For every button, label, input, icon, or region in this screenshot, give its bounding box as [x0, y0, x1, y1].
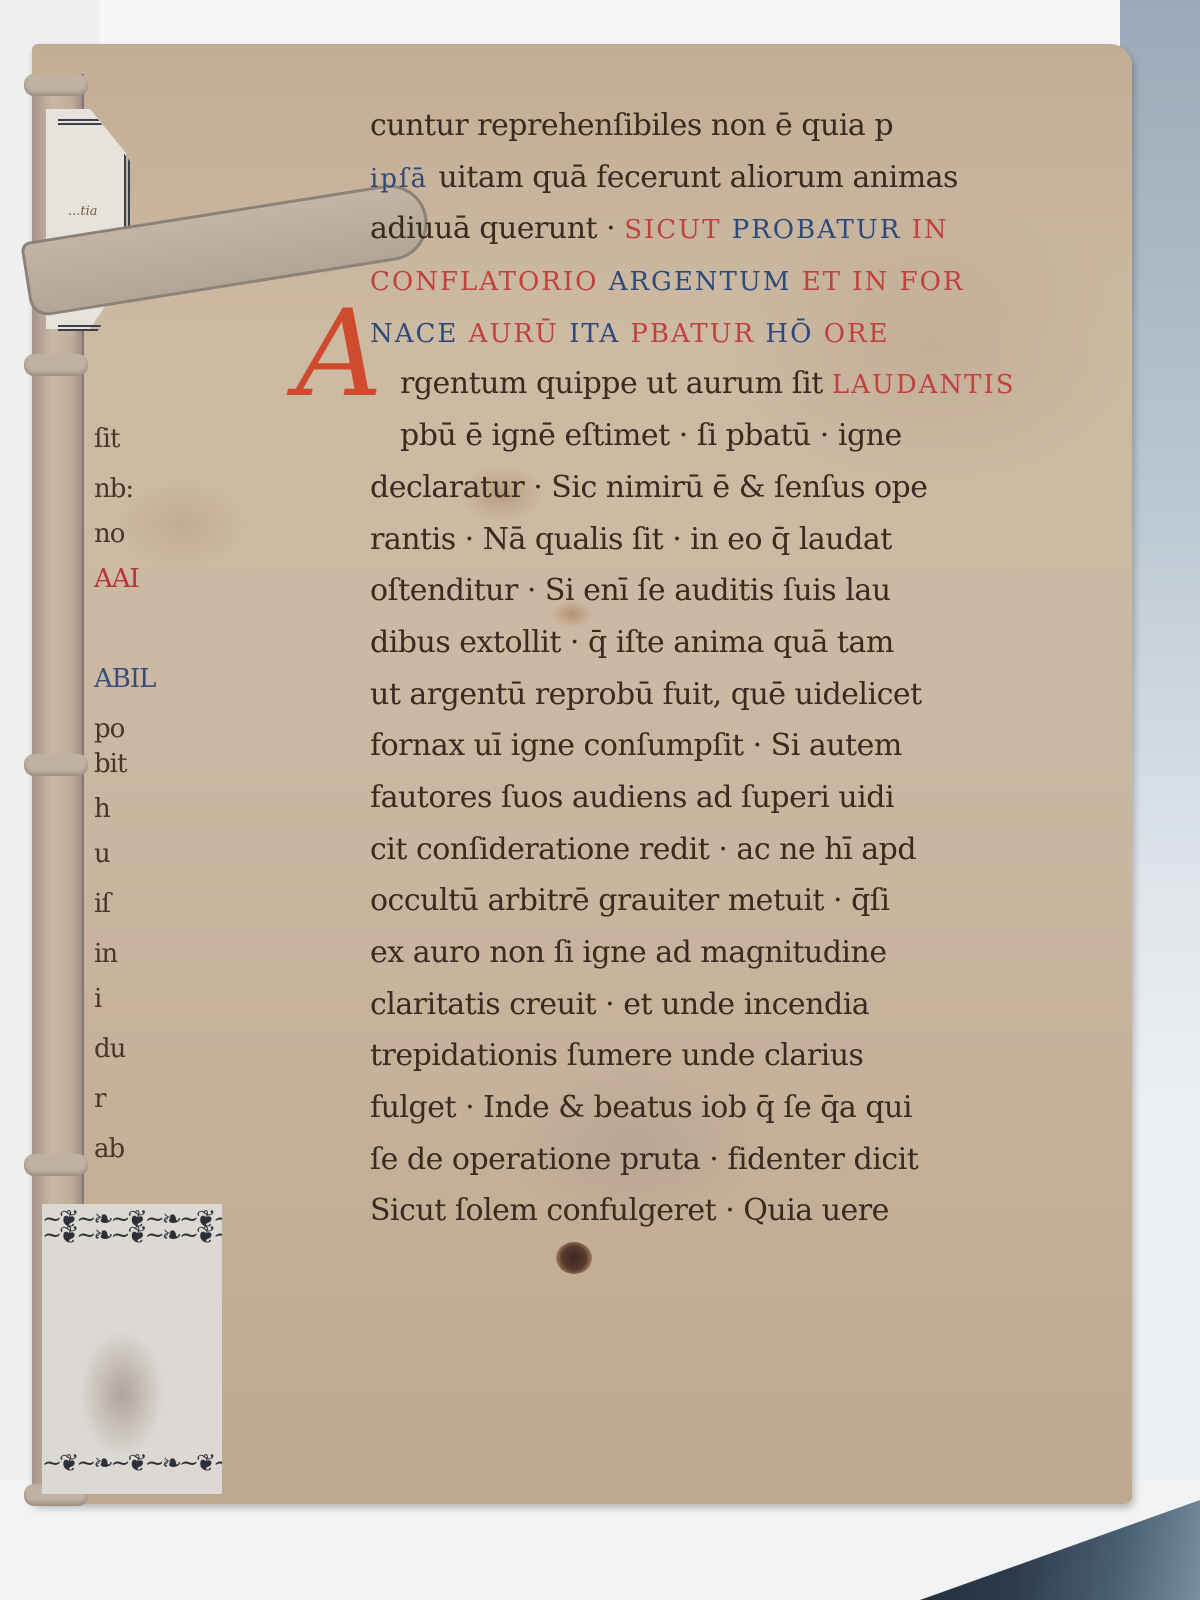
ornament-border-top: ~❦~❧~❦~❧~❦~❧~❦~ [42, 1226, 222, 1266]
manuscript-line: oſtenditur · Si enī ſe auditis ſuis lau [370, 565, 1000, 617]
spine-text-fragment: AAI [94, 564, 139, 594]
text-run: fautores ſuos audiens ad ſuperi uidi [370, 780, 894, 815]
manuscript-line: ut argentū reprobū fuit, quē uidelicet [370, 669, 1000, 721]
rubric-run: ET IN FOR [802, 267, 965, 297]
rubric-run: CONFLATORIO [370, 267, 609, 297]
spine-text-fragment: du [94, 1034, 125, 1064]
text-run: adiuuā querunt · [370, 211, 624, 246]
text-run: claritatis creuit · et unde incendia [370, 987, 869, 1022]
manuscript-line: fautores ſuos audiens ad ſuperi uidi [370, 772, 1000, 824]
spine-label-text: ...tia [68, 204, 98, 219]
spine-text-fragment: ABIL [94, 664, 155, 694]
text-run: dibus extollit · q̄ iſte anima quā tam [370, 625, 894, 660]
rubric-run: PROBATUR [732, 215, 912, 245]
spine-text-fragment: i [94, 984, 101, 1014]
spine-band [24, 754, 88, 776]
manuscript-line: Sicut ſolem confulgeret · Quia uere [370, 1185, 1000, 1237]
text-run: trepidationis ſumere unde clarius [370, 1038, 863, 1073]
spine-band [24, 1154, 88, 1176]
manuscript-line: cuntur reprehenſibiles non ē quia p [370, 100, 1000, 152]
text-run: oſtenditur · Si enī ſe auditis ſuis lau [370, 573, 891, 608]
rubric-run: IN [912, 215, 949, 245]
rubric-run: ORE [824, 319, 890, 349]
manuscript-line: adiuuā querunt · SICUT PROBATUR IN [370, 203, 1000, 255]
manuscript-line: pbū ē ignē eſtimet · ſi pbatū · igne [370, 410, 1000, 462]
manuscript-line: CONFLATORIO ARGENTUM ET IN FOR [370, 255, 1000, 307]
manuscript-line: fulget · Inde & beatus iob q̄ ſe q̄a qui [370, 1082, 1000, 1134]
text-run: uitam quā fecerunt aliorum animas [438, 160, 958, 195]
manuscript-line: ex auro non ſi igne ad magnitudine [370, 927, 1000, 979]
spine-text-fragment: iſ [94, 889, 110, 919]
spine-text-fragment: nb: [94, 474, 133, 504]
text-run: rantis · Nā qualis ſit · in eo q̄ laudat [370, 522, 892, 557]
manuscript-line: rantis · Nā qualis ſit · in eo q̄ laudat [370, 514, 1000, 566]
manuscript-line: NACE AURŪ ITA PBATUR HŌ ORE [370, 307, 1000, 359]
manuscript-line: fornax uī igne conſumpſit · Si autem [370, 720, 1000, 772]
rubric-run: NACE [370, 319, 469, 349]
rubric-run: SICUT [624, 215, 732, 245]
text-run: occultū arbitrē grauiter metuit · q̄ſi [370, 883, 889, 918]
rubric-run: ARGENTUM [609, 267, 802, 297]
text-run: fulget · Inde & beatus iob q̄ ſe q̄a qui [370, 1090, 912, 1125]
manuscript-text-block: cuntur reprehenſibiles non ē quia pipſā … [370, 100, 1000, 1237]
manuscript-line: ipſā uitam quā fecerunt aliorum animas [370, 152, 1000, 204]
text-run: cit conſideratione redit · ac ne hī apd [370, 832, 916, 867]
spine-text-fragment: u [94, 839, 110, 869]
spine-band-top [24, 74, 88, 96]
text-run: ex auro non ſi igne ad magnitudine [370, 935, 887, 970]
manuscript-line: claritatis creuit · et unde incendia [370, 979, 1000, 1031]
manuscript-line: cit conſideratione redit · ac ne hī apd [370, 824, 1000, 876]
manuscript-line: dibus extollit · q̄ iſte anima quā tam [370, 617, 1000, 669]
manuscript-line: occultū arbitrē grauiter metuit · q̄ſi [370, 875, 1000, 927]
manuscript-line: rgentum quippe ut aurum ſit LAUDANTIS [370, 358, 1000, 410]
ornament-border-bottom: ~❦~❧~❦~❧~❦~❧~❦~ [42, 1454, 222, 1494]
spine-text-fragment: bit [94, 749, 126, 779]
text-run: ſe de operatione pruta · fidenter dicit [370, 1142, 918, 1177]
rubric-run: ITA [569, 319, 630, 349]
manuscript-line: ſe de operatione pruta · fidenter dicit [370, 1134, 1000, 1186]
spine-text-fragment: po [94, 714, 124, 744]
spine-band [24, 354, 88, 376]
rubric-run: AURŪ [469, 319, 569, 349]
spine-text-fragment: ab [94, 1134, 124, 1164]
manuscript-line: declaratur · Sic nimirū ē & ſenſus ope [370, 462, 1000, 514]
spine-text-fragment: r [94, 1084, 105, 1114]
text-run: cuntur reprehenſibiles non ē quia p [370, 108, 893, 143]
spine-text-fragment: ſit [94, 424, 119, 454]
rubric-run: PBATUR [630, 319, 765, 349]
dark-stain [556, 1242, 592, 1274]
rubric-run: LAUDANTIS [832, 370, 1016, 400]
text-run: rgentum quippe ut aurum ſit [400, 366, 832, 401]
spine-text-fragment: h [94, 794, 110, 824]
decorated-paper-label: ~❦~❧~❦~❧~❦~❧~❦~ ~❦~❧~❦~❧~❦~❧~❦~ ~❦~❧~❦~❧… [42, 1204, 222, 1494]
manuscript-line: trepidationis ſumere unde clarius [370, 1030, 1000, 1082]
text-run: declaratur · Sic nimirū ē & ſenſus ope [370, 470, 928, 505]
text-run: pbū ē ignē eſtimet · ſi pbatū · igne [400, 418, 902, 453]
text-run: fornax uī igne conſumpſit · Si autem [370, 728, 902, 763]
spine-text-fragment: no [94, 519, 124, 549]
rubric-run: HŌ [765, 319, 823, 349]
background-blue-object [1120, 0, 1200, 1600]
text-run: ut argentū reprobū fuit, quē uidelicet [370, 677, 922, 712]
rubric-run: ipſā [370, 164, 438, 194]
text-run: Sicut ſolem confulgeret · Quia uere [370, 1193, 889, 1228]
spine-text-fragment: in [94, 939, 117, 969]
